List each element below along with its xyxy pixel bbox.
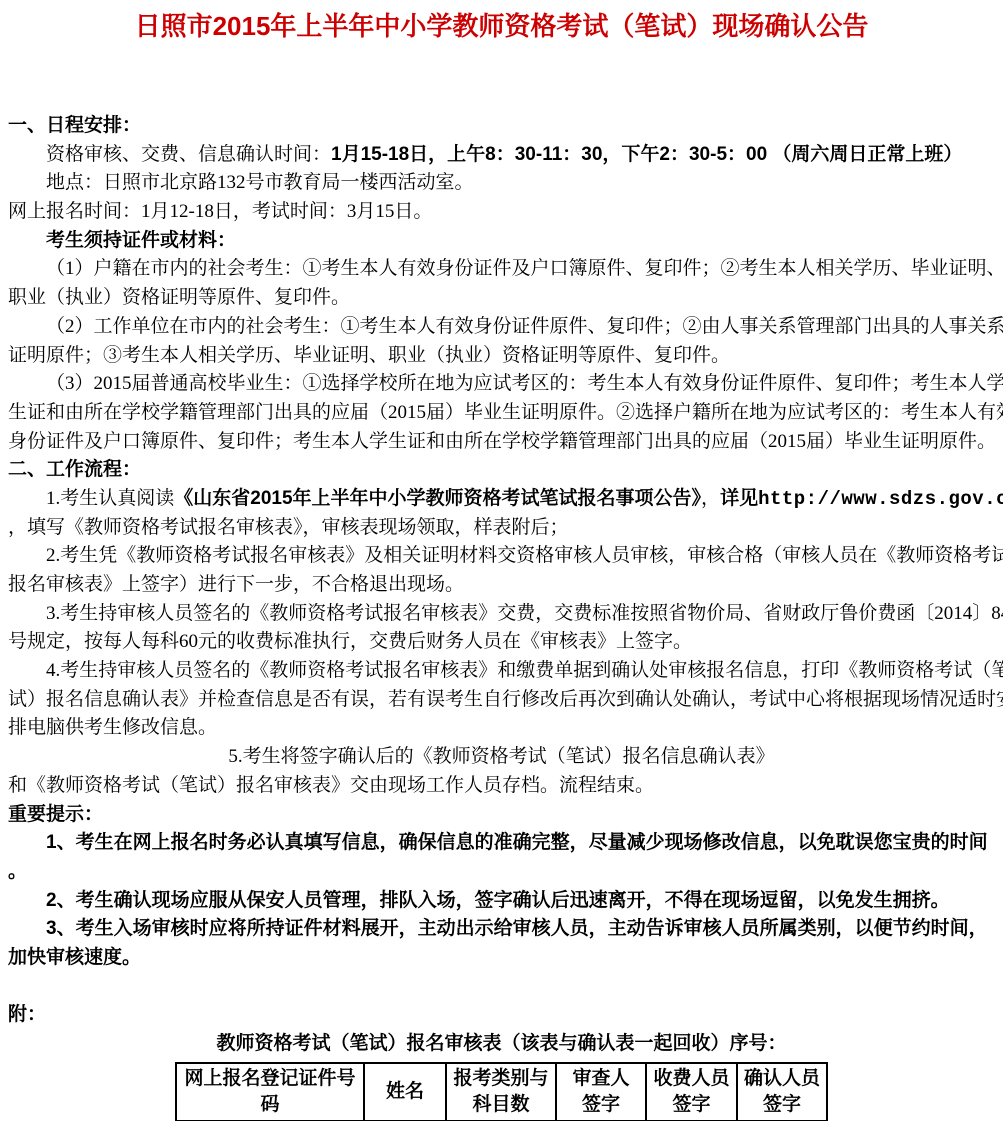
text-segment: 身份证件及户口簿原件、复印件；考生本人学生证和由所在学校学籍管理部门出具的应届（… <box>8 431 996 452</box>
col-header-confirmer-signature: 确认人员 签字 <box>737 1063 827 1121</box>
text-segment: 排电脑供考生修改信息。 <box>8 717 217 738</box>
workflow-step-3: 3.考生持审核人员签名的《教师资格考试报名审核表》交费，交费标准按照省物价局、省… <box>8 600 995 629</box>
document-body: 一、日程安排：资格审核、交费、信息确认时间：1月15-18日，上午8：30-11… <box>0 112 1003 1059</box>
tip-3: 3、考生入场审核时应将所持证件材料展开，主动出示给审核人员，主动告诉审核人员所属… <box>8 915 995 944</box>
url-text: http://www.sdzs.gov.cn/ <box>758 488 1003 510</box>
text-line: 生证和由所在学校学籍管理部门出具的应届（2015届）毕业生证明原件。②选择户籍所… <box>8 399 995 428</box>
text-segment: 附： <box>8 1004 46 1025</box>
text-segment: 2.考生凭《教师资格考试报名审核表》及相关证明材料交资格审核人员审核，审核合格（… <box>46 545 1003 566</box>
col-header-category-subjects: 报考类别与 科目数 <box>446 1063 556 1121</box>
col-header-reviewer-signature: 审查人 签字 <box>556 1063 646 1121</box>
text-line: 号规定，按每人每科60元的收费标准执行，交费后财务人员在《审核表》上签字。 <box>8 628 995 657</box>
text-line: （3）2015届普通高校毕业生：①选择学校所在地为应试考区的：考生本人有效身份证… <box>8 370 995 399</box>
col-header-registration-id: 网上报名登记证件号 码 <box>176 1063 364 1121</box>
text-segment: 《山东省2015年上半年中小学教师资格考试笔试报名事项公告》 <box>174 488 701 509</box>
workflow-step-2: 2.考生凭《教师资格考试报名审核表》及相关证明材料交资格审核人员审核，审核合格（… <box>8 542 995 571</box>
text-segment: 报名审核表》上签字）进行下一步，不合格退出现场。 <box>8 574 464 595</box>
text-segment: 详见 <box>720 488 758 509</box>
text-segment: 加快审核速度。 <box>8 947 141 968</box>
heading-schedule: 一、日程安排： <box>8 112 995 141</box>
text-segment: 试）报名信息确认表》并检查信息是否有误，若有误考生自行修改后再次到确认处确认，考… <box>8 689 1003 710</box>
page-title: 日照市2015年上半年中小学教师资格考试（笔试）现场确认公告 <box>0 8 1003 44</box>
text-segment: （2）工作单位在市内的社会考生：①考生本人有效身份证件原件、复印件；②由人事关系… <box>46 316 1003 337</box>
text-segment: 1.考生认真阅读 <box>46 488 174 509</box>
tip-2: 2、考生确认现场应服从保安人员管理，排队入场，签字确认后迅速离开，不得在现场逗留… <box>8 887 995 916</box>
workflow-step-4: 4.考生持审核人员签名的《教师资格考试报名审核表》和缴费单据到确认处审核报名信息… <box>8 657 995 686</box>
text-segment: 2、考生确认现场应服从保安人员管理，排队入场，签字确认后迅速离开，不得在现场逗留… <box>46 890 950 911</box>
text-segment: 重要提示： <box>8 804 103 825</box>
text-segment: （3）2015届普通高校毕业生：①选择学校所在地为应试考区的：考生本人有效身份证… <box>46 373 1003 394</box>
text-line: 。 <box>8 858 995 887</box>
table-header-row: 网上报名登记证件号 码 姓名 报考类别与 科目数 审查人 签字 收费人员 签字 … <box>176 1063 827 1121</box>
text-segment: （1）户籍在市内的社会考生：①考生本人有效身份证件及户口簿原件、复印件；②考生本… <box>46 258 1003 279</box>
text-segment: 资格审核、交费、信息确认时间： <box>46 144 331 165</box>
text-segment: 证明原件；③考生本人相关学历、毕业证明、职业（执业）资格证明等原件、复印件。 <box>8 345 730 366</box>
text-line: ，填写《教师资格考试报名审核表》，审核表现场领取，样表附后； <box>8 514 995 543</box>
schedule-time-line: 资格审核、交费、信息确认时间：1月15-18日，上午8：30-11：30，下午2… <box>8 141 995 170</box>
heading-important-tips: 重要提示： <box>8 801 995 830</box>
text-line: 证明原件；③考生本人相关学历、毕业证明、职业（执业）资格证明等原件、复印件。 <box>8 342 995 371</box>
workflow-step-1: 1.考生认真阅读《山东省2015年上半年中小学教师资格考试笔试报名事项公告》，详… <box>8 485 995 514</box>
text-segment: 1、考生在网上报名时务必认真填写信息，确保信息的准确完整，尽量减少现场修改信息，… <box>46 832 988 853</box>
text-segment: 一、日程安排： <box>8 115 141 136</box>
heading-required-materials: 考生须持证件或材料： <box>8 227 995 256</box>
text-line: 报名审核表》上签字）进行下一步，不合格退出现场。 <box>8 571 995 600</box>
text-segment: 职业（执业）资格证明等原件、复印件。 <box>8 287 350 308</box>
text-segment: 网上报名时间：1月12-18日，考试时间：3月15日。 <box>8 201 432 222</box>
text-segment: 5.考生将签字确认后的《教师资格考试（笔试）报名信息确认表》 <box>228 746 774 767</box>
text-segment: ，填写《教师资格考试报名审核表》，审核表现场领取，样表附后； <box>8 517 569 538</box>
text-segment: 号规定，按每人每科60元的收费标准执行，交费后财务人员在《审核表》上签字。 <box>8 631 692 652</box>
review-form-table: 网上报名登记证件号 码 姓名 报考类别与 科目数 审查人 签字 收费人员 签字 … <box>175 1062 828 1121</box>
text-segment: 地点：日照市北京路132号市教育局一楼西活动室。 <box>46 172 474 193</box>
text-segment: 3、考生入场审核时应将所持证件材料展开，主动出示给审核人员，主动告诉审核人员所属… <box>46 918 988 939</box>
workflow-step-5: 5.考生将签字确认后的《教师资格考试（笔试）报名信息确认表》 <box>8 743 995 772</box>
text-segment: 和《教师资格考试（笔试）报名审核表》交由现场工作人员存档。流程结束。 <box>8 775 654 796</box>
text-line: （1）户籍在市内的社会考生：①考生本人有效身份证件及户口簿原件、复印件；②考生本… <box>8 255 995 284</box>
attachment-table-caption: 教师资格考试（笔试）报名审核表（该表与确认表一起回收）序号： <box>8 1030 995 1059</box>
text-line: （2）工作单位在市内的社会考生：①考生本人有效身份证件原件、复印件；②由人事关系… <box>8 313 995 342</box>
schedule-location-line: 地点：日照市北京路132号市教育局一楼西活动室。 <box>8 169 995 198</box>
text-line: 身份证件及户口簿原件、复印件；考生本人学生证和由所在学校学籍管理部门出具的应届（… <box>8 428 995 457</box>
text-segment: 3.考生持审核人员签名的《教师资格考试报名审核表》交费，交费标准按照省物价局、省… <box>46 603 1003 624</box>
text-segment: 教师资格考试（笔试）报名审核表（该表与确认表一起回收）序号： <box>216 1033 786 1054</box>
text-segment: 考生须持证件或材料： <box>46 230 236 251</box>
text-line: 加快审核速度。 <box>8 944 995 973</box>
text-line: 试）报名信息确认表》并检查信息是否有误，若有误考生自行修改后再次到确认处确认，考… <box>8 686 995 715</box>
heading-workflow: 二、工作流程： <box>8 456 995 485</box>
announcement-document: 日照市2015年上半年中小学教师资格考试（笔试）现场确认公告 一、日程安排：资格… <box>0 8 1003 1121</box>
text-segment: 生证和由所在学校学籍管理部门出具的应届（2015届）毕业生证明原件。②选择户籍所… <box>8 402 1003 423</box>
text-line: 职业（执业）资格证明等原件、复印件。 <box>8 284 995 313</box>
text-segment: 4.考生持审核人员签名的《教师资格考试报名审核表》和缴费单据到确认处审核报名信息… <box>46 660 1003 681</box>
tip-1: 1、考生在网上报名时务必认真填写信息，确保信息的准确完整，尽量减少现场修改信息，… <box>8 829 995 858</box>
text-segment: 。 <box>8 861 27 882</box>
text-segment: ， <box>701 488 720 509</box>
text-line: 和《教师资格考试（笔试）报名审核表》交由现场工作人员存档。流程结束。 <box>8 772 995 801</box>
col-header-name: 姓名 <box>364 1063 446 1121</box>
col-header-fee-collector-signature: 收费人员 签字 <box>646 1063 737 1121</box>
text-line: 排电脑供考生修改信息。 <box>8 714 995 743</box>
online-registration-time-line: 网上报名时间：1月12-18日，考试时间：3月15日。 <box>8 198 995 227</box>
attachment-label: 附： <box>8 1001 995 1030</box>
text-segment: 1月15-18日，上午8：30-11：30，下午2：30-5：00 （周六周日正… <box>331 144 962 165</box>
text-segment: 二、工作流程： <box>8 459 141 480</box>
